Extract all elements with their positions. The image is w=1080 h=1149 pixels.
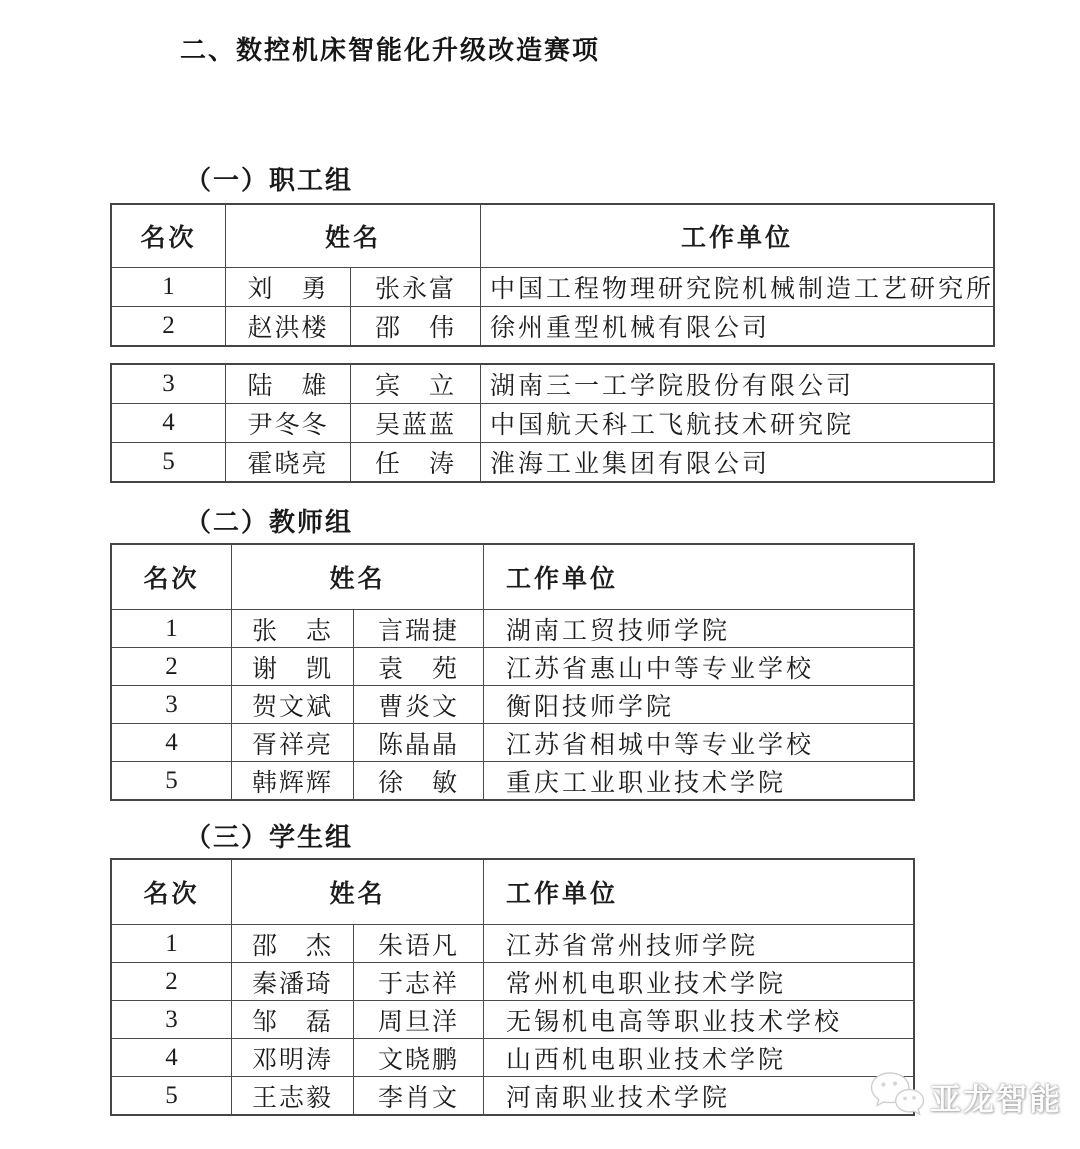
name-cell-2: 邵 伟 [350,307,480,345]
rank-cell: 1 [112,610,231,647]
name-cell-1: 赵洪楼 [225,307,350,345]
unit-cell: 江苏省惠山中等专业学校 [483,648,913,685]
name-cell-2: 徐 敏 [353,762,483,799]
table-row: 2谢 凯袁 苑江苏省惠山中等专业学校 [112,647,913,685]
unit-cell: 河南职业技术学院 [483,1077,913,1114]
table-row: 1刘 勇张永富中国工程物理研究院机械制造工艺研究所 [112,267,993,306]
unit-cell: 衡阳技师学院 [483,686,913,723]
table-row: 1张 志言瑞捷湖南工贸技师学院 [112,609,913,647]
name-cell-1: 邵 杰 [231,925,353,962]
name-cell-1: 谢 凯 [231,648,353,685]
name-cell-1: 韩辉辉 [231,762,353,799]
name-cell-2: 朱语凡 [353,925,483,962]
rank-cell: 4 [112,724,231,761]
table-row: 4尹冬冬吴蓝蓝中国航天科工飞航技术研究院 [112,403,993,442]
workers-table-part1: 名次姓名工作单位1刘 勇张永富中国工程物理研究院机械制造工艺研究所2赵洪楼邵 伟… [110,203,995,347]
name-header-cell: 姓名 [231,545,483,609]
unit-cell: 中国航天科工飞航技术研究院 [480,404,993,442]
page-title: 二、数控机床智能化升级改造赛项 [180,30,600,67]
name-cell-2: 张永富 [350,268,480,306]
name-cell-2: 李肖文 [353,1077,483,1114]
rank-header-cell: 名次 [112,545,231,609]
rank-cell: 1 [112,925,231,962]
name-cell-1: 尹冬冬 [225,404,350,442]
watermark-text: 亚龙智能 [930,1074,1062,1119]
workers-table-part2: 3陆 雄宾 立湖南三一工学院股份有限公司4尹冬冬吴蓝蓝中国航天科工飞航技术研究院… [110,363,995,483]
unit-header-cell: 工作单位 [483,860,913,924]
name-cell-1: 陆 雄 [225,365,350,403]
unit-cell: 湖南工贸技师学院 [483,610,913,647]
name-cell-1: 张 志 [231,610,353,647]
name-cell-1: 贺文斌 [231,686,353,723]
unit-cell: 无锡机电高等职业技术学校 [483,1001,913,1038]
rank-cell: 3 [112,365,225,403]
rank-cell: 4 [112,1039,231,1076]
name-header-cell: 姓名 [225,205,480,267]
name-header-cell: 姓名 [231,860,483,924]
table-row: 2赵洪楼邵 伟徐州重型机械有限公司 [112,306,993,345]
rank-header-cell: 名次 [112,860,231,924]
table-row: 3邹 磊周旦洋无锡机电高等职业技术学校 [112,1000,913,1038]
section-heading-teachers: （二）教师组 [185,502,353,539]
table-row: 3贺文斌曹炎文衡阳技师学院 [112,685,913,723]
table-header-row: 名次姓名工作单位 [112,860,913,924]
name-cell-1: 邹 磊 [231,1001,353,1038]
teachers-table: 名次姓名工作单位1张 志言瑞捷湖南工贸技师学院2谢 凯袁 苑江苏省惠山中等专业学… [110,543,915,801]
unit-cell: 徐州重型机械有限公司 [480,307,993,345]
name-cell-2: 吴蓝蓝 [350,404,480,442]
unit-header-cell: 工作单位 [480,205,993,267]
name-cell-1: 秦潘琦 [231,963,353,1000]
section-heading-workers: （一）职工组 [185,160,353,197]
rank-cell: 3 [112,1001,231,1038]
rank-cell: 5 [112,443,225,481]
name-cell-1: 王志毅 [231,1077,353,1114]
name-cell-2: 任 涛 [350,443,480,481]
unit-cell: 山西机电职业技术学院 [483,1039,913,1076]
table-row: 4胥祥亮陈晶晶江苏省相城中等专业学校 [112,723,913,761]
table-row: 3陆 雄宾 立湖南三一工学院股份有限公司 [112,365,993,403]
name-cell-2: 袁 苑 [353,648,483,685]
rank-cell: 3 [112,686,231,723]
table-header-row: 名次姓名工作单位 [112,205,993,267]
table-row: 5霍晓亮任 涛淮海工业集团有限公司 [112,442,993,481]
table-row: 2秦潘琦于志祥常州机电职业技术学院 [112,962,913,1000]
name-cell-1: 刘 勇 [225,268,350,306]
rank-cell: 2 [112,648,231,685]
table-row: 1邵 杰朱语凡江苏省常州技师学院 [112,924,913,962]
unit-cell: 重庆工业职业技术学院 [483,762,913,799]
rank-cell: 2 [112,963,231,1000]
rank-cell: 5 [112,762,231,799]
name-cell-2: 陈晶晶 [353,724,483,761]
table-row: 4邓明涛文晓鹏山西机电职业技术学院 [112,1038,913,1076]
name-cell-2: 文晓鹏 [353,1039,483,1076]
unit-cell: 中国工程物理研究院机械制造工艺研究所 [480,268,993,306]
unit-cell: 江苏省常州技师学院 [483,925,913,962]
section-heading-students: （三）学生组 [185,817,353,854]
unit-cell: 江苏省相城中等专业学校 [483,724,913,761]
rank-cell: 4 [112,404,225,442]
rank-cell: 1 [112,268,225,306]
document-page: { "page": { "title": "二、数控机床智能化升级改造赛项" }… [0,0,1080,1149]
name-cell-1: 胥祥亮 [231,724,353,761]
rank-cell: 2 [112,307,225,345]
table-row: 5王志毅李肖文河南职业技术学院 [112,1076,913,1114]
unit-header-cell: 工作单位 [483,545,913,609]
unit-cell: 淮海工业集团有限公司 [480,443,993,481]
unit-cell: 湖南三一工学院股份有限公司 [480,365,993,403]
students-table: 名次姓名工作单位1邵 杰朱语凡江苏省常州技师学院2秦潘琦于志祥常州机电职业技术学… [110,858,915,1116]
table-row: 5韩辉辉徐 敏重庆工业职业技术学院 [112,761,913,799]
rank-cell: 5 [112,1077,231,1114]
name-cell-2: 宾 立 [350,365,480,403]
name-cell-2: 于志祥 [353,963,483,1000]
table-header-row: 名次姓名工作单位 [112,545,913,609]
name-cell-1: 邓明涛 [231,1039,353,1076]
rank-header-cell: 名次 [112,205,225,267]
name-cell-2: 周旦洋 [353,1001,483,1038]
name-cell-2: 曹炎文 [353,686,483,723]
unit-cell: 常州机电职业技术学院 [483,963,913,1000]
name-cell-1: 霍晓亮 [225,443,350,481]
name-cell-2: 言瑞捷 [353,610,483,647]
